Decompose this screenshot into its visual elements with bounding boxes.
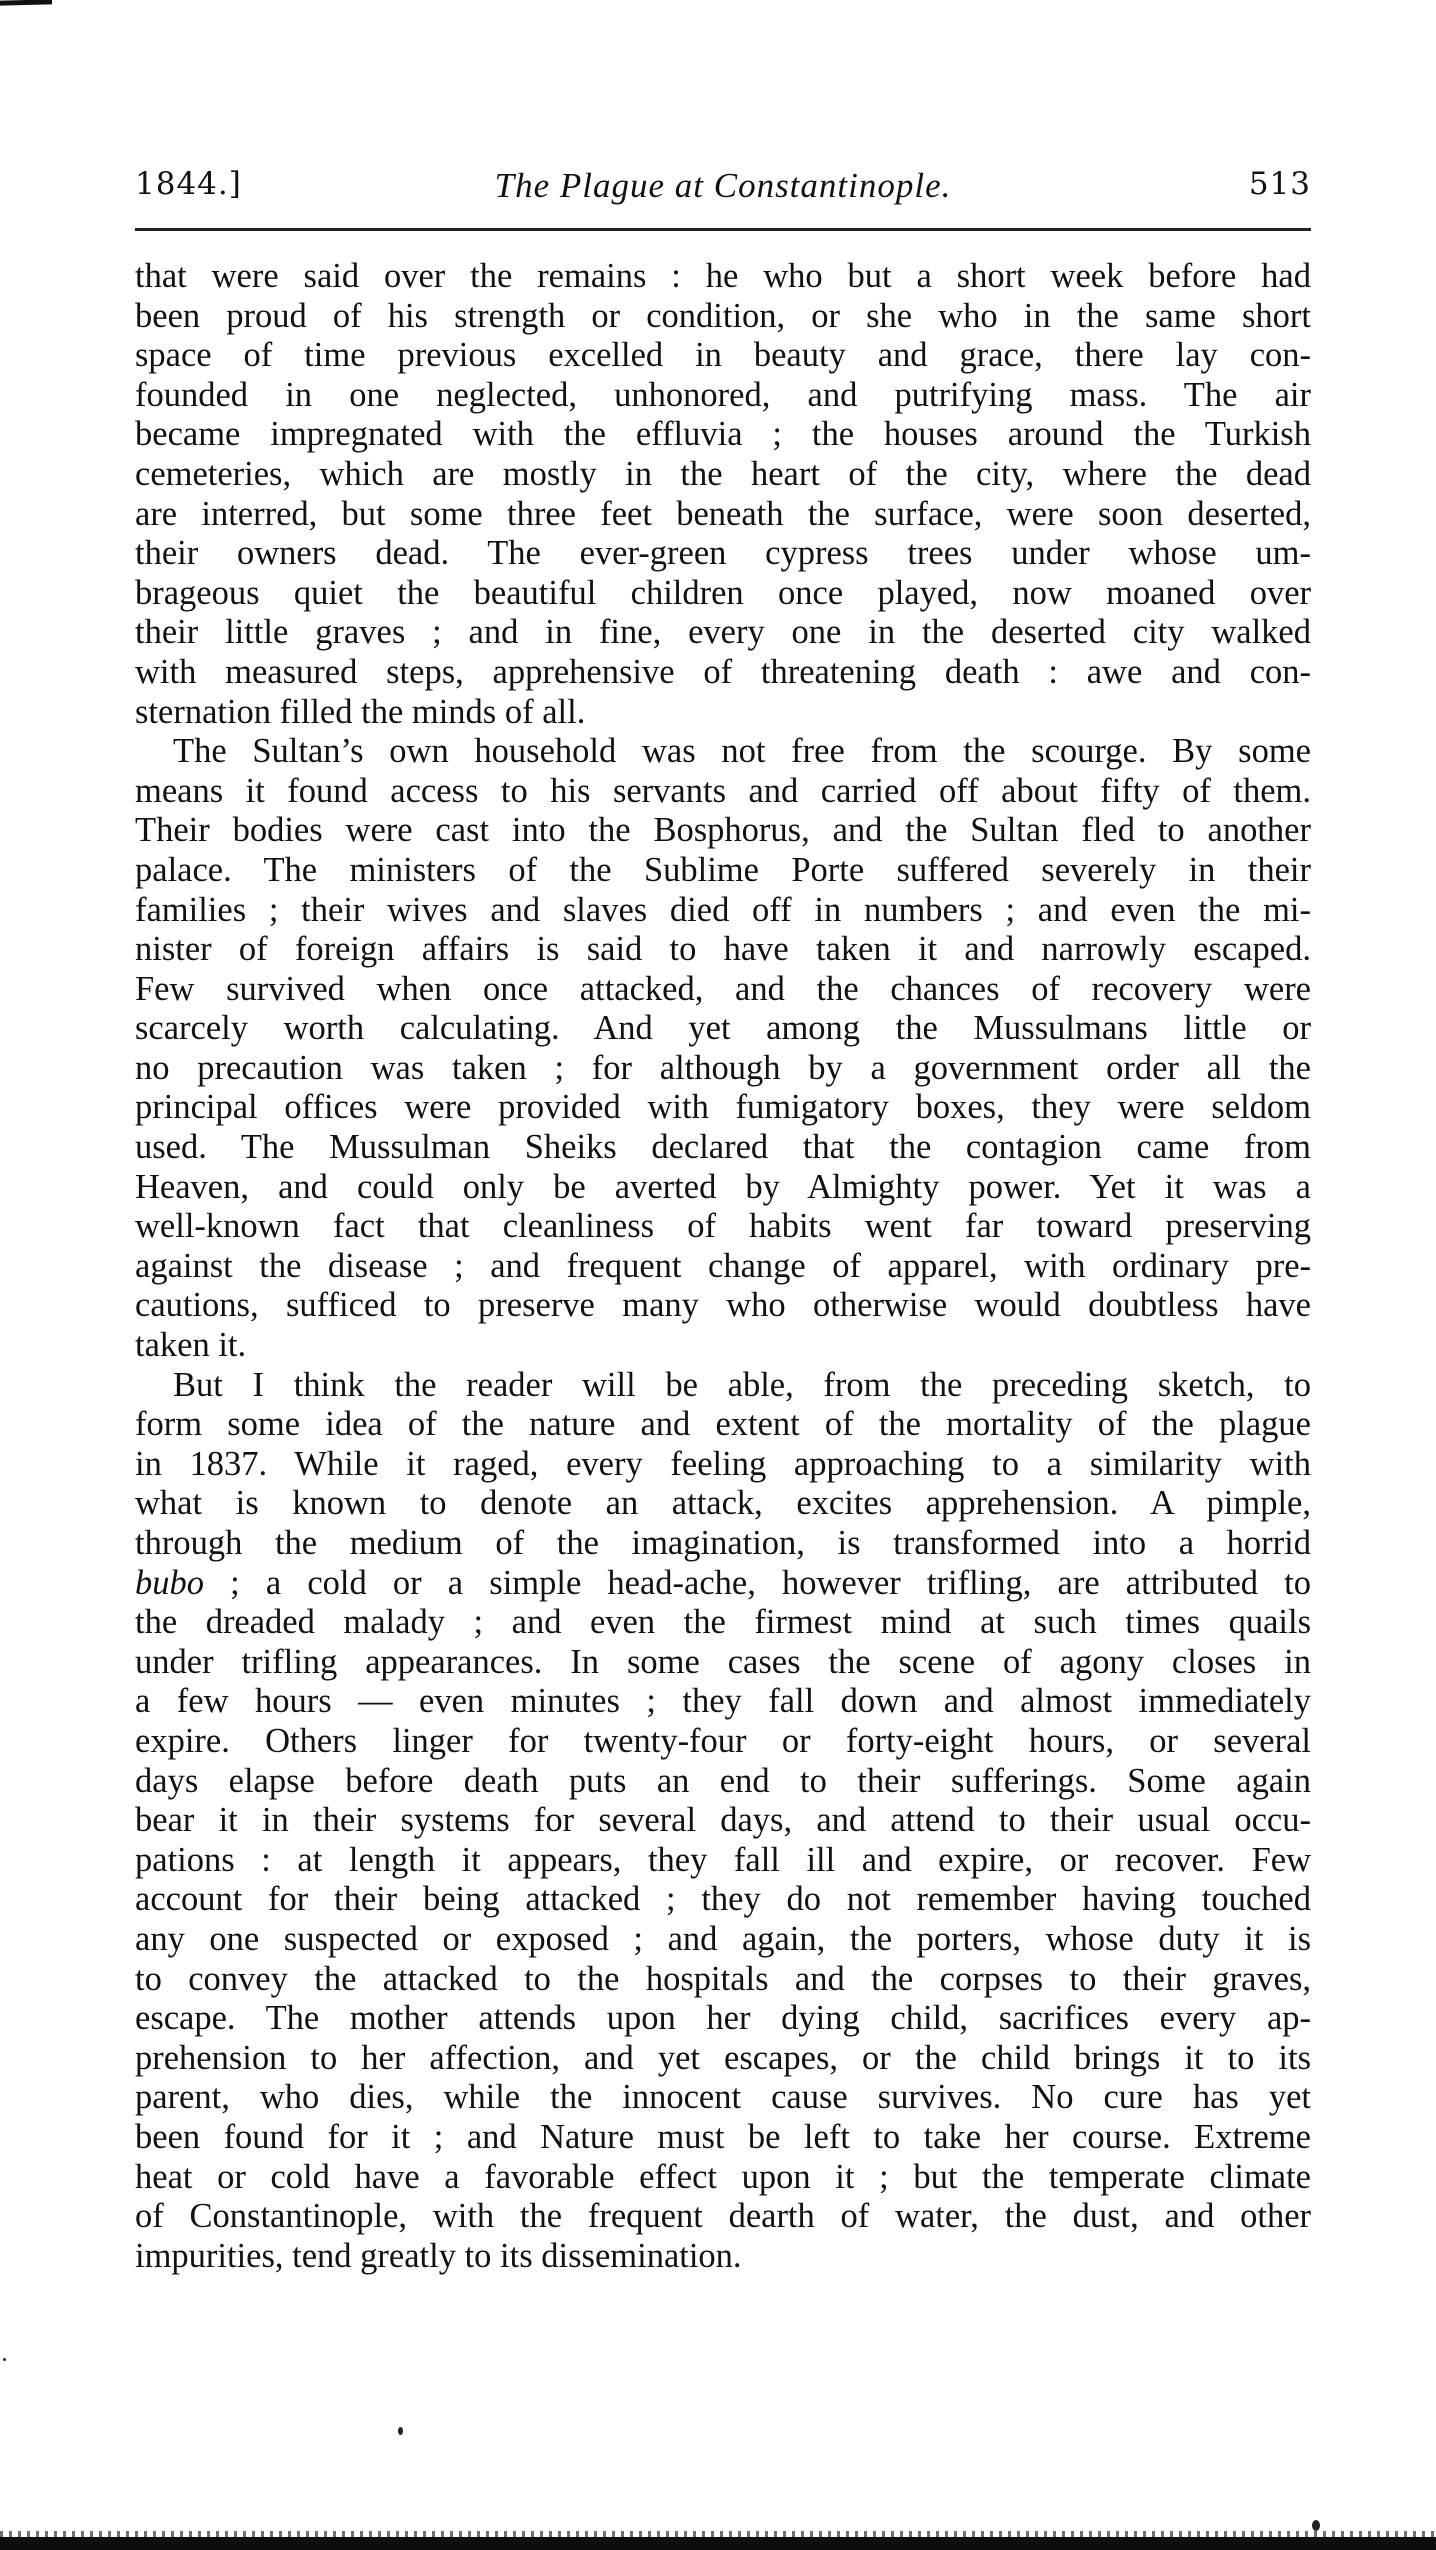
- text-line: any one suspected or exposed ; and again…: [135, 1920, 1311, 1960]
- text-line: scarcely worth calculating. And yet amon…: [135, 1009, 1311, 1049]
- text-line: their little graves ; and in fine, every…: [135, 613, 1311, 653]
- text-line: But I think the reader will be able, fro…: [135, 1366, 1311, 1406]
- text-line: been proud of his strength or condition,…: [135, 297, 1311, 337]
- paragraph: that were said over the remains : he who…: [135, 257, 1311, 732]
- scan-edge-mark: [0, 0, 52, 6]
- scan-speck: [3, 2358, 6, 2361]
- text-line: under trifling appearances. In some case…: [135, 1643, 1311, 1683]
- text-line: of Constantinople, with the frequent dea…: [135, 2197, 1311, 2237]
- text-line: a few hours — even minutes ; they fall d…: [135, 1682, 1311, 1722]
- text-line: bear it in their systems for several day…: [135, 1801, 1311, 1841]
- header-rule: [135, 228, 1311, 231]
- text-line: well-known fact that cleanliness of habi…: [135, 1207, 1311, 1247]
- paragraph: The Sultan’s own household was not free …: [135, 732, 1311, 1366]
- text-line: escape. The mother attends upon her dyin…: [135, 1999, 1311, 2039]
- text-line: heat or cold have a favorable effect upo…: [135, 2158, 1311, 2198]
- text-line: brageous quiet the beautiful children on…: [135, 574, 1311, 614]
- text-line: used. The Mussulman Sheiks declared that…: [135, 1128, 1311, 1168]
- text-line: principal offices were provided with fum…: [135, 1088, 1311, 1128]
- text-line: expire. Others linger for twenty-four or…: [135, 1722, 1311, 1762]
- text-line: in 1837. While it raged, every feeling a…: [135, 1445, 1311, 1485]
- text-line: families ; their wives and slaves died o…: [135, 891, 1311, 931]
- text-line: cautions, sufficed to preserve many who …: [135, 1286, 1311, 1326]
- text-line: their owners dead. The ever-green cypres…: [135, 534, 1311, 574]
- text-line: what is known to denote an attack, excit…: [135, 1484, 1311, 1524]
- text-line: no precaution was taken ; for although b…: [135, 1049, 1311, 1089]
- text-line: sternation filled the minds of all.: [135, 693, 1311, 733]
- text-line: palace. The ministers of the Sublime Por…: [135, 851, 1311, 891]
- text-line: parent, who dies, while the innocent cau…: [135, 2078, 1311, 2118]
- text-line: space of time previous excelled in beaut…: [135, 336, 1311, 376]
- italic-term: bubo: [135, 1564, 204, 1602]
- text-line: bubo ; a cold or a simple head-ache, how…: [135, 1564, 1311, 1604]
- text-line: Heaven, and could only be averted by Alm…: [135, 1168, 1311, 1208]
- text-line: through the medium of the imagination, i…: [135, 1524, 1311, 1564]
- text-line: to convey the attacked to the hospitals …: [135, 1960, 1311, 2000]
- text-line: founded in one neglected, unhonored, and…: [135, 376, 1311, 416]
- text-line: form some idea of the nature and extent …: [135, 1405, 1311, 1445]
- text-line: are interred, but some three feet beneat…: [135, 495, 1311, 535]
- text-line: days elapse before death puts an end to …: [135, 1762, 1311, 1802]
- text-line: The Sultan’s own household was not free …: [135, 732, 1311, 772]
- text-line: account for their being attacked ; they …: [135, 1880, 1311, 1920]
- running-head-title: The Plague at Constantinople.: [135, 166, 1311, 206]
- text-line: means it found access to his servants an…: [135, 772, 1311, 812]
- running-head: 1844.] The Plague at Constantinople. 513: [135, 150, 1311, 206]
- text-line: against the disease ; and frequent chang…: [135, 1247, 1311, 1287]
- text-line: impurities, tend greatly to its dissemin…: [135, 2237, 1311, 2277]
- text-line: cemeteries, which are mostly in the hear…: [135, 455, 1311, 495]
- page-number: 513: [1249, 166, 1311, 202]
- scan-speck: [1312, 2520, 1320, 2531]
- line-remainder: ; a cold or a simple head-ache, however …: [204, 1564, 1311, 1602]
- scan-edge-band: [0, 2537, 1436, 2550]
- paragraph: But I think the reader will be able, fro…: [135, 1366, 1311, 2277]
- text-line: pations : at length it appears, they fal…: [135, 1841, 1311, 1881]
- text-line: the dreaded malady ; and even the firmes…: [135, 1603, 1311, 1643]
- text-line: been found for it ; and Nature must be l…: [135, 2118, 1311, 2158]
- body-text: that were said over the remains : he who…: [135, 257, 1311, 2276]
- text-line: that were said over the remains : he who…: [135, 257, 1311, 297]
- book-page: 1844.] The Plague at Constantinople. 513…: [135, 150, 1311, 2276]
- text-line: became impregnated with the effluvia ; t…: [135, 415, 1311, 455]
- text-line: nister of foreign affairs is said to hav…: [135, 930, 1311, 970]
- text-line: Their bodies were cast into the Bosphoru…: [135, 811, 1311, 851]
- text-line: prehension to her affection, and yet esc…: [135, 2039, 1311, 2079]
- text-line: with measured steps, apprehensive of thr…: [135, 653, 1311, 693]
- scan-speck: [398, 2427, 403, 2435]
- text-line: Few survived when once attacked, and the…: [135, 970, 1311, 1010]
- text-line: taken it.: [135, 1326, 1311, 1366]
